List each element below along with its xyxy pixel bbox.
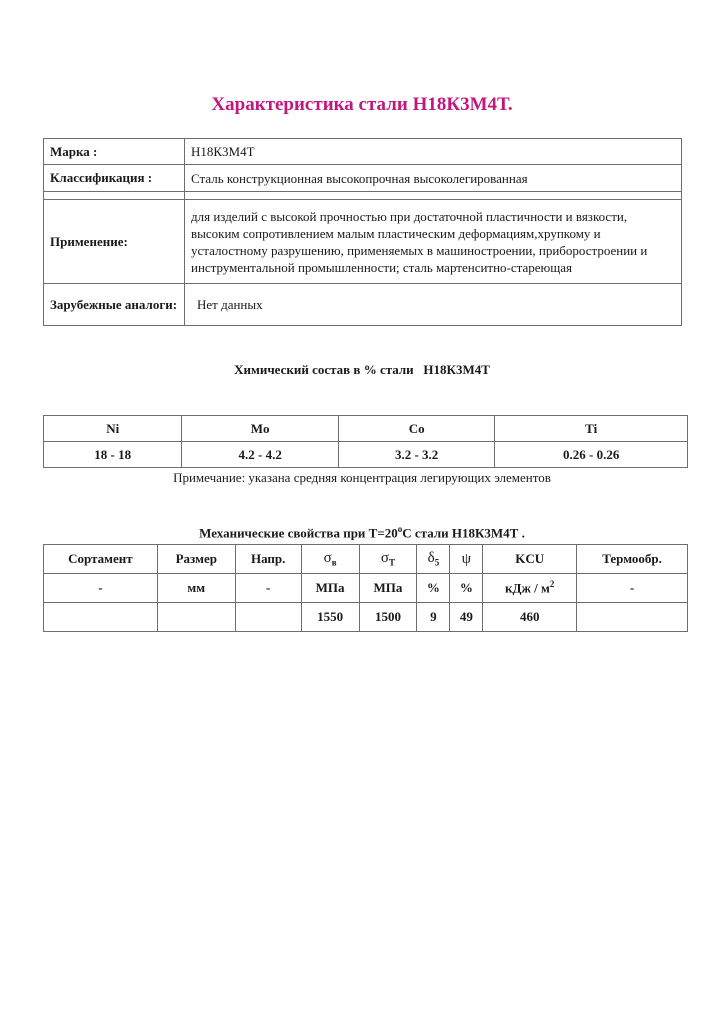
mech-value <box>577 603 688 632</box>
mech-value <box>157 603 235 632</box>
info-row-classification: Классификация : Сталь конструкционная вы… <box>44 165 682 192</box>
mech-unit: МПа <box>301 574 359 603</box>
info-label: Марка : <box>44 139 185 165</box>
subscript: 5 <box>435 558 440 568</box>
chem-title: Химический состав в % стали Н18К3М4Т <box>0 362 724 378</box>
chem-value: 18 - 18 <box>44 442 182 468</box>
mech-header-sigma-b: σв <box>301 545 359 574</box>
subscript: T <box>389 558 395 568</box>
chem-value-row: 18 - 18 4.2 - 4.2 3.2 - 3.2 0.26 - 0.26 <box>44 442 688 468</box>
mech-header: Сортамент <box>44 545 158 574</box>
mech-header-psi: ψ <box>450 545 483 574</box>
mech-header-delta: δ5 <box>417 545 450 574</box>
mech-unit: % <box>417 574 450 603</box>
chem-header: Ni <box>44 416 182 442</box>
mech-unit: мм <box>157 574 235 603</box>
mech-title-text: С стали Н18К3М4Т . <box>402 525 525 540</box>
info-value: для изделий с высокой прочностью при дос… <box>185 200 682 284</box>
mech-header: KCU <box>483 545 577 574</box>
chem-header: Ti <box>495 416 688 442</box>
sigma-symbol: σ <box>381 550 389 566</box>
mech-header-sigma-t: σT <box>359 545 417 574</box>
info-row-spacer <box>44 192 682 200</box>
chem-header: Co <box>338 416 494 442</box>
info-value <box>185 192 682 200</box>
chem-value: 4.2 - 4.2 <box>182 442 338 468</box>
chem-header-row: Ni Mo Co Ti <box>44 416 688 442</box>
info-value: Сталь конструкционная высокопрочная высо… <box>185 165 682 192</box>
info-label: Классификация : <box>44 165 185 192</box>
chem-header: Mo <box>182 416 338 442</box>
mech-value-row: 1550 1500 9 49 460 <box>44 603 688 632</box>
info-label: Зарубежные аналоги: <box>44 284 185 326</box>
mech-value <box>44 603 158 632</box>
mech-unit: МПа <box>359 574 417 603</box>
mech-value: 1500 <box>359 603 417 632</box>
mech-unit: - <box>577 574 688 603</box>
chem-note: Примечание: указана средняя концентрация… <box>0 470 724 486</box>
mech-unit-kcu: кДж / м2 <box>483 574 577 603</box>
superscript: 2 <box>550 579 555 589</box>
page-title: Характеристика стали Н18К3М4Т. <box>0 94 724 116</box>
mech-value <box>235 603 301 632</box>
info-row-grade: Марка : Н18К3М4Т <box>44 139 682 165</box>
mech-unit: - <box>235 574 301 603</box>
mech-unit: % <box>450 574 483 603</box>
info-label <box>44 192 185 200</box>
mech-header: Напр. <box>235 545 301 574</box>
chem-table: Ni Mo Co Ti 18 - 18 4.2 - 4.2 3.2 - 3.2 … <box>43 415 688 468</box>
chem-value: 0.26 - 0.26 <box>495 442 688 468</box>
subscript: в <box>332 558 337 568</box>
info-row-analogs: Зарубежные аналоги: Нет данных <box>44 284 682 326</box>
mech-table: Сортамент Размер Напр. σв σT δ5 ψ KCU Те… <box>43 544 688 632</box>
mech-value: 460 <box>483 603 577 632</box>
unit-text: кДж / м <box>505 581 550 596</box>
chem-value: 3.2 - 3.2 <box>338 442 494 468</box>
info-label: Применение: <box>44 200 185 284</box>
mech-units-row: - мм - МПа МПа % % кДж / м2 - <box>44 574 688 603</box>
mech-value: 49 <box>450 603 483 632</box>
mech-header-row: Сортамент Размер Напр. σв σT δ5 ψ KCU Те… <box>44 545 688 574</box>
sigma-symbol: σ <box>324 550 332 566</box>
mech-header: Размер <box>157 545 235 574</box>
psi-symbol: ψ <box>462 551 471 567</box>
mech-title: Механические свойства при Т=20oС стали Н… <box>0 524 724 541</box>
mech-value: 9 <box>417 603 450 632</box>
mech-unit: - <box>44 574 158 603</box>
mech-header: Термообр. <box>577 545 688 574</box>
delta-symbol: δ <box>428 550 435 566</box>
info-value: Нет данных <box>185 284 682 326</box>
mech-value: 1550 <box>301 603 359 632</box>
info-row-application: Применение: для изделий с высокой прочно… <box>44 200 682 284</box>
info-table: Марка : Н18К3М4Т Классификация : Сталь к… <box>43 138 682 326</box>
info-value: Н18К3М4Т <box>185 139 682 165</box>
mech-title-text: Механические свойства при Т=20 <box>199 525 398 540</box>
